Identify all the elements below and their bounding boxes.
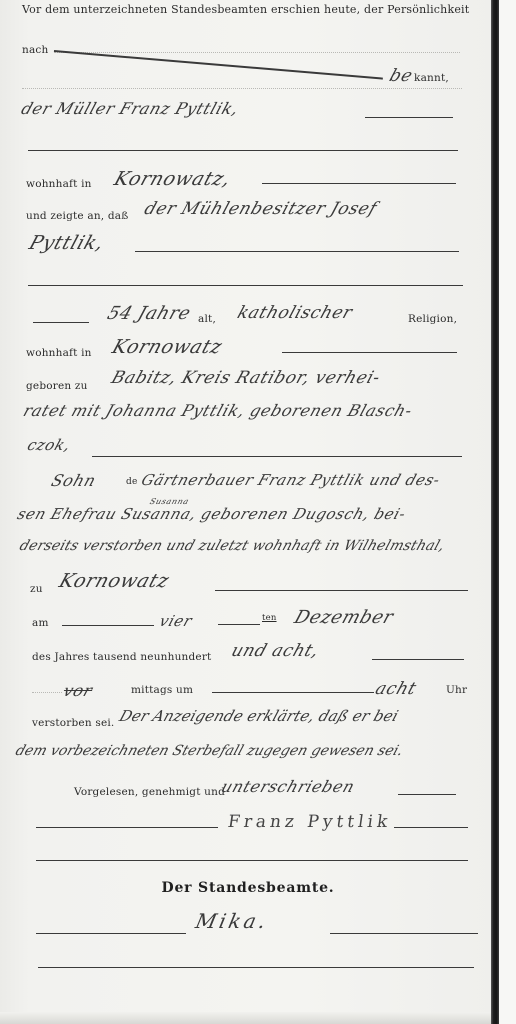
fill-line xyxy=(92,456,462,457)
informant-signature: Franz Pyttlik xyxy=(227,812,393,832)
bottom-shadow xyxy=(0,1012,496,1024)
hand-deceased-intro: der Mühlenbesitzer Josef xyxy=(142,199,380,219)
fill-line xyxy=(212,692,374,693)
hand-birthplace-3: czok, xyxy=(25,436,73,454)
hand-remark-1: Der Anzeigende erklärte, daß er bei xyxy=(117,707,401,725)
label-vorgelesen: Vorgelesen, genehmigt und xyxy=(74,786,225,798)
label-religion: Religion, xyxy=(408,313,457,325)
label-ten: ten xyxy=(262,613,277,623)
fill-line xyxy=(398,794,456,795)
strike-line xyxy=(54,50,383,79)
hand-year: und acht, xyxy=(229,641,322,661)
hand-month: Dezember xyxy=(292,607,397,628)
fill-line xyxy=(28,150,458,151)
label-geboren-zu: geboren zu xyxy=(26,380,88,392)
hand-religion: katholischer xyxy=(235,303,355,323)
hand-deceased-surname: Pyttlik, xyxy=(26,232,106,254)
registrar-title: Der Standesbeamte. xyxy=(0,880,496,896)
hand-informant: der Müller Franz Pyttlik, xyxy=(19,99,242,118)
hand-death-place: Kornowatz xyxy=(56,570,172,592)
label-am: am xyxy=(32,617,49,629)
hand-informant-residence: Kornowatz, xyxy=(111,168,233,190)
right-margin xyxy=(499,0,516,1024)
fill-line xyxy=(282,352,457,353)
hand-age: 54 Jahre xyxy=(105,303,194,324)
label-uhr: Uhr xyxy=(446,684,467,696)
fill-line xyxy=(36,860,468,861)
label-alt: alt, xyxy=(198,313,216,325)
label-zeigte-an: und zeigte an, daß xyxy=(26,210,128,222)
hand-signed: unterschrieben xyxy=(219,777,357,796)
fill-line xyxy=(372,659,464,660)
label-de: de xyxy=(126,477,138,487)
hand-parents-sohn: Sohn xyxy=(49,471,99,490)
label-mittags-um: mittags um xyxy=(131,684,193,696)
dotted-line xyxy=(22,88,462,89)
fill-line xyxy=(215,590,468,591)
hand-parents-2: sen Ehefrau Susanna, geborenen Dugosch, … xyxy=(15,505,408,523)
hand-parents-1b: Gärtnerbauer Franz Pyttlik und des- xyxy=(139,471,443,489)
label-wohnhaft-in: wohnhaft in xyxy=(26,178,92,190)
fill-line xyxy=(218,624,260,625)
fill-line xyxy=(365,117,453,118)
header-text: Vor dem unterzeichneten Standesbeamten e… xyxy=(22,3,469,16)
label-des-jahres: des Jahres tausend neunhundert xyxy=(32,651,211,663)
fill-line xyxy=(330,933,478,934)
fill-line xyxy=(262,183,456,184)
dotted-line xyxy=(32,692,62,693)
label-nach: nach xyxy=(22,44,48,56)
fill-line xyxy=(394,827,468,828)
dotted-line xyxy=(54,52,460,53)
fill-line xyxy=(62,625,154,626)
label-wohnhaft-in-2: wohnhaft in xyxy=(26,347,92,359)
hand-be: be xyxy=(387,66,416,86)
hand-time-of-day: vor xyxy=(61,681,95,700)
fill-line xyxy=(135,251,459,252)
label-bekannt: kannt, xyxy=(414,72,449,84)
label-zu: zu xyxy=(30,583,43,595)
hand-birthplace-2: ratet mit Johanna Pyttlik, geborenen Bla… xyxy=(21,401,415,420)
hand-parents-3: derseits verstorben und zuletzt wohnhaft… xyxy=(17,538,446,554)
label-verstorben: verstorben sei. xyxy=(32,717,114,729)
hand-residence: Kornowatz xyxy=(109,336,225,358)
fill-line xyxy=(33,322,89,323)
fill-line xyxy=(28,285,463,286)
fill-line xyxy=(36,933,186,934)
page-edge-binding xyxy=(491,0,499,1024)
document-page: Vor dem unterzeichneten Standesbeamten e… xyxy=(0,0,496,1024)
hand-day: vier xyxy=(157,612,195,630)
fill-line xyxy=(36,827,218,828)
hand-hour: acht xyxy=(373,679,419,699)
fill-line xyxy=(38,967,474,968)
registrar-signature: Mika. xyxy=(193,909,270,933)
hand-birthplace-1: Babitz, Kreis Ratibor, verhei- xyxy=(109,368,383,388)
hand-remark-2: dem vorbezeichneten Sterbefall zugegen g… xyxy=(13,743,405,759)
